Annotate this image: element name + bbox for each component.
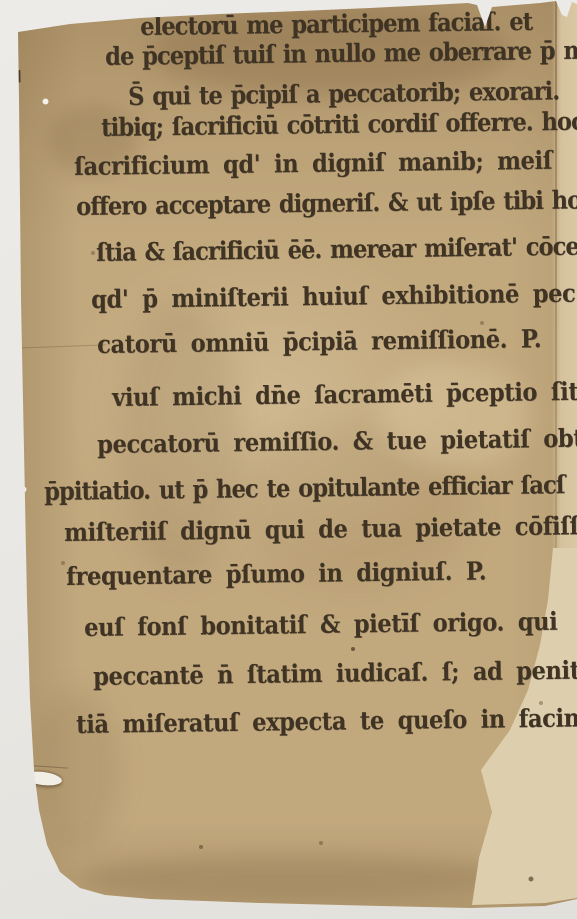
text-line: tibiq; ſacrificiū cōtriti cordiſ offerre… xyxy=(101,107,577,142)
text-line: viuſ michi dn̄e ſacramēti p̄ceptio ſit xyxy=(112,377,577,412)
text-line: peccantē n̄ ſtatim iudicaſ. ſ; ad penitē xyxy=(93,655,577,691)
margin-mark: ı, xyxy=(8,382,16,395)
ink-specks xyxy=(0,0,2,2)
text-line: offero acceptare digneriſ. & ut ipſe tib… xyxy=(76,185,577,221)
text-line: de p̄ceptiſ tuiſ in nullo me oberrare p̄… xyxy=(105,35,577,71)
parchment-leaf: d ı, electorū me participem faciaſ. et d… xyxy=(0,0,577,919)
text-line: ſacrificium qd' in digniſ manib; meiſ xyxy=(74,146,552,181)
text-line: p̄pitiatio. ut p̄ hec te opitulante effi… xyxy=(44,470,565,506)
white-flecks xyxy=(0,0,3,3)
text-line: tiā miſeratuſ expecta te queſo in facine xyxy=(76,703,577,739)
text-line: miſteriiſ dignū qui de tua pietate cōfiſ… xyxy=(64,511,577,547)
text-line: qd' p̄ miniſterii huiuſ exhibitionē pec xyxy=(91,279,576,314)
text-line: catorū omniū p̄cipiā remiſſionē. P. xyxy=(97,324,541,359)
text-line: electorū me participem faciaſ. et xyxy=(140,7,532,41)
text-line: ſtia & ſacrificiū ēē. merear miſerat' cō… xyxy=(96,231,577,267)
text-line: frequentare p̄ſumo in digniuſ. P. xyxy=(66,557,486,591)
text-line: S̄ qui te p̄cipiſ a peccatorib; exorari. xyxy=(128,76,559,111)
text-line: euſ fonſ bonitatiſ & pietīſ origo. qui xyxy=(84,607,558,642)
manuscript-scan: d ı, electorū me participem faciaſ. et d… xyxy=(0,0,577,919)
text-block: electorū me participem faciaſ. et de p̄c… xyxy=(0,0,577,919)
text-line: peccatorū remiſſio. & tue pietatiſ obtat… xyxy=(97,423,577,459)
